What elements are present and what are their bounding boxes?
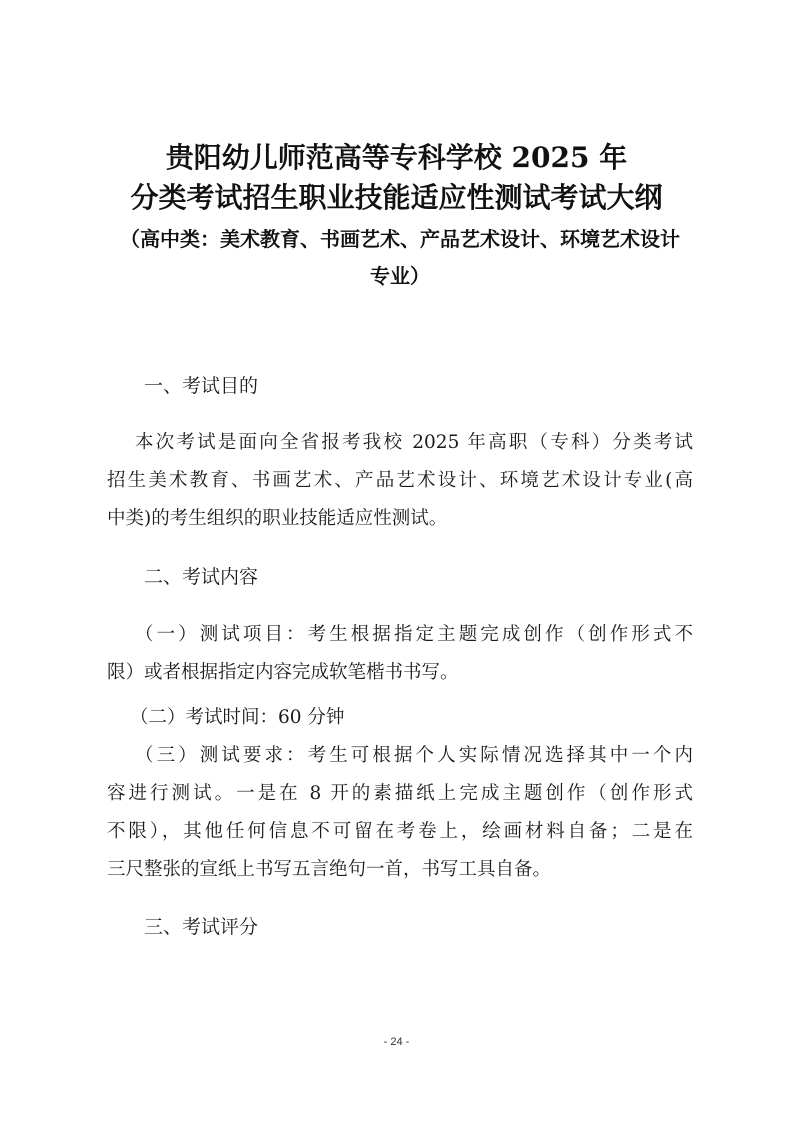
paragraph-line: （二）考试时间：60 分钟 [130, 703, 688, 733]
section-heading-purpose: 一、考试目的 [144, 371, 258, 401]
paragraph-line: （一）测试项目：考生根据指定主题完成创作（创作形式不 [135, 620, 693, 650]
paragraph-line: 容进行测试。一是在 8 开的素描纸上完成主题创作（创作形式 [107, 779, 693, 809]
document-subtitle-line-2: 专业） [107, 258, 693, 295]
paragraph-line: 本次考试是面向全省报考我校 2025 年高职（专科）分类考试 [135, 428, 693, 458]
paragraph-line: 限）或者根据指定内容完成软笔楷书书写。 [107, 658, 693, 688]
section-heading-scoring: 三、考试评分 [144, 912, 258, 942]
paragraph-line: 三尺整张的宣纸上书写五言绝句一首，书写工具自备。 [107, 855, 693, 885]
paragraph-line: 招生美术教育、书画艺术、产品艺术设计、环境艺术设计专业(高 [107, 466, 693, 496]
paragraph-line: 中类)的考生组织的职业技能适应性测试。 [107, 504, 693, 534]
paragraph-line: 不限），其他任何信息不可留在考卷上，绘画材料自备；二是在 [107, 817, 693, 847]
document-subtitle-line-1: （高中类：美术教育、书画艺术、产品艺术设计、环境艺术设计 [107, 221, 693, 258]
document-title-line-1: 贵阳幼儿师范高等专科学校 2025 年 [0, 138, 793, 178]
section-heading-content: 二、考试内容 [144, 562, 258, 592]
document-title-line-2: 分类考试招生职业技能适应性测试考试大纲 [0, 178, 793, 218]
page-number: - 24 - [0, 1036, 793, 1048]
paragraph-line: （三）测试要求：考生可根据个人实际情况选择其中一个内 [135, 741, 693, 771]
